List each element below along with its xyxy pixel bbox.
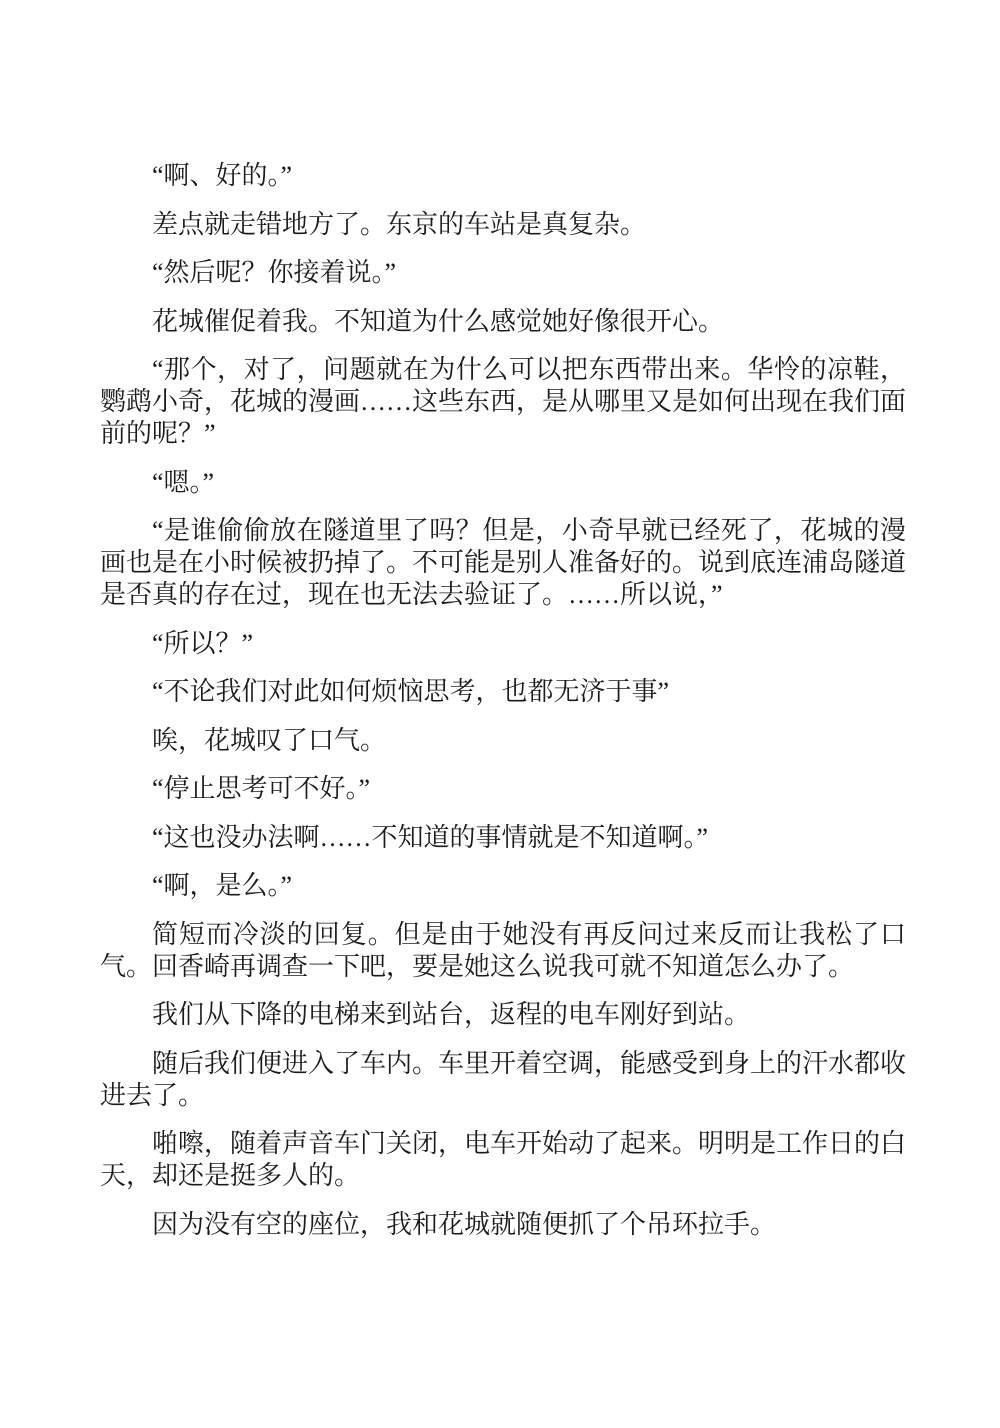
paragraph: “啊、好的。”: [100, 160, 906, 192]
paragraph: 因为没有空的座位，我和花城就随便抓了个吊环拉手。: [100, 1209, 906, 1241]
paragraph: “是谁偷偷放在隧道里了吗？但是，小奇早就已经死了，花城的漫画也是在小时候被扔掉了…: [100, 515, 906, 611]
paragraph: “嗯。”: [100, 467, 906, 499]
paragraph: 唉，花城叹了口气。: [100, 725, 906, 757]
paragraph: 差点就走错地方了。东京的车站是真复杂。: [100, 209, 906, 241]
paragraph: “所以？”: [100, 628, 906, 660]
paragraph: “然后呢？你接着说。”: [100, 257, 906, 289]
paragraph: 我们从下降的电梯来到站台，返程的电车刚好到站。: [100, 999, 906, 1031]
paragraph: 随后我们便进入了车内。车里开着空调，能感受到身上的汗水都收进去了。: [100, 1048, 906, 1112]
paragraph: “停止思考可不好。”: [100, 773, 906, 805]
page: “啊、好的。”差点就走错地方了。东京的车站是真复杂。“然后呢？你接着说。”花城催…: [0, 0, 1000, 1428]
paragraph: 啪嚓，随着声音车门关闭，电车开始动了起来。明明是工作日的白天，却还是挺多人的。: [100, 1128, 906, 1192]
paragraph: 简短而冷淡的回复。但是由于她没有再反问过来反而让我松了口气。回香崎再调查一下吧，…: [100, 919, 906, 983]
paragraph: “这也没办法啊……不知道的事情就是不知道啊。”: [100, 822, 906, 854]
paragraph: 花城催促着我。不知道为什么感觉她好像很开心。: [100, 306, 906, 338]
paragraph: “啊，是么。”: [100, 870, 906, 902]
paragraph: “不论我们对此如何烦恼思考，也都无济于事”: [100, 676, 906, 708]
paragraph: “那个，对了，问题就在为什么可以把东西带出来。华怜的凉鞋，鹦鹉小奇，花城的漫画……: [100, 354, 906, 450]
text-column: “啊、好的。”差点就走错地方了。东京的车站是真复杂。“然后呢？你接着说。”花城催…: [100, 160, 906, 1241]
